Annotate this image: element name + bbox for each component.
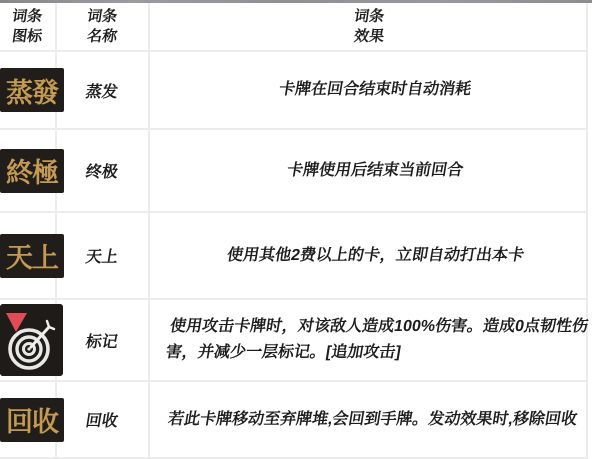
- header-icon-column: 词条 图标: [0, 3, 57, 52]
- entry-effect: 若此卡牌移动至弃牌堆,会回到手牌。发动效果时,移除回收: [166, 407, 579, 433]
- table-row-name-cell: 蒸发: [57, 52, 150, 130]
- table-row-name-cell: 回收: [57, 382, 150, 459]
- table-row-effect-cell: 卡牌使用后结束当前回合: [150, 130, 588, 213]
- badge-huishou-icon: 回收: [0, 398, 64, 442]
- table-row-effect-cell: 使用其他2费以上的卡，立即自动打出本卡: [150, 213, 588, 300]
- badge-zhongji-icon: 終極: [0, 149, 64, 193]
- badge-tianshang-icon: 天上: [0, 234, 64, 278]
- table-row-icon-cell: [0, 300, 57, 382]
- entry-effect: 使用其他2费以上的卡，立即自动打出本卡: [224, 243, 525, 269]
- header-name-column: 词条 名称: [57, 3, 150, 52]
- entry-name: 标记: [85, 329, 121, 352]
- table-row-icon-cell: 蒸發: [0, 52, 57, 130]
- entry-effect: 使用攻击卡牌时，对该敌人造成100%伤害。造成0点韧性伤害，并减少一层标记。[追…: [164, 314, 591, 366]
- glossary-table: 词条 图标 词条 名称 词条 效果 蒸發 蒸发 卡牌在回合结束时自动消耗 終極 …: [0, 3, 588, 459]
- table-row-effect-cell: 使用攻击卡牌时，对该敌人造成100%伤害。造成0点韧性伤害，并减少一层标记。[追…: [150, 300, 588, 382]
- table-row-icon-cell: 回收: [0, 382, 57, 459]
- header-text: 图标: [11, 27, 44, 47]
- target-mark-icon-svg: [0, 304, 63, 376]
- header-text: 效果: [353, 27, 386, 47]
- entry-name: 回收: [85, 408, 121, 431]
- table-row-effect-cell: 若此卡牌移动至弃牌堆,会回到手牌。发动效果时,移除回收: [150, 382, 588, 459]
- table-row-effect-cell: 卡牌在回合结束时自动消耗: [150, 52, 588, 130]
- header-text: 名称: [86, 27, 119, 47]
- header-text: 词条: [11, 7, 44, 27]
- table-row-icon-cell: 天上: [0, 213, 57, 300]
- table-row-name-cell: 天上: [57, 213, 150, 300]
- table-row-icon-cell: 終極: [0, 130, 57, 213]
- header-text: 词条: [86, 7, 119, 27]
- table-row-name-cell: 终极: [57, 130, 150, 213]
- header-text: 词条: [353, 7, 386, 27]
- entry-name: 终极: [85, 159, 121, 182]
- header-effect-column: 词条 效果: [150, 3, 588, 52]
- badge-zhengfa-icon: 蒸發: [0, 68, 64, 112]
- entry-name: 天上: [85, 244, 121, 267]
- target-mark-icon: [0, 304, 63, 376]
- entry-effect: 卡牌使用后结束当前回合: [285, 158, 465, 184]
- entry-effect: 卡牌在回合结束时自动消耗: [277, 77, 473, 103]
- table-row-name-cell: 标记: [57, 300, 150, 382]
- entry-name: 蒸发: [85, 79, 121, 102]
